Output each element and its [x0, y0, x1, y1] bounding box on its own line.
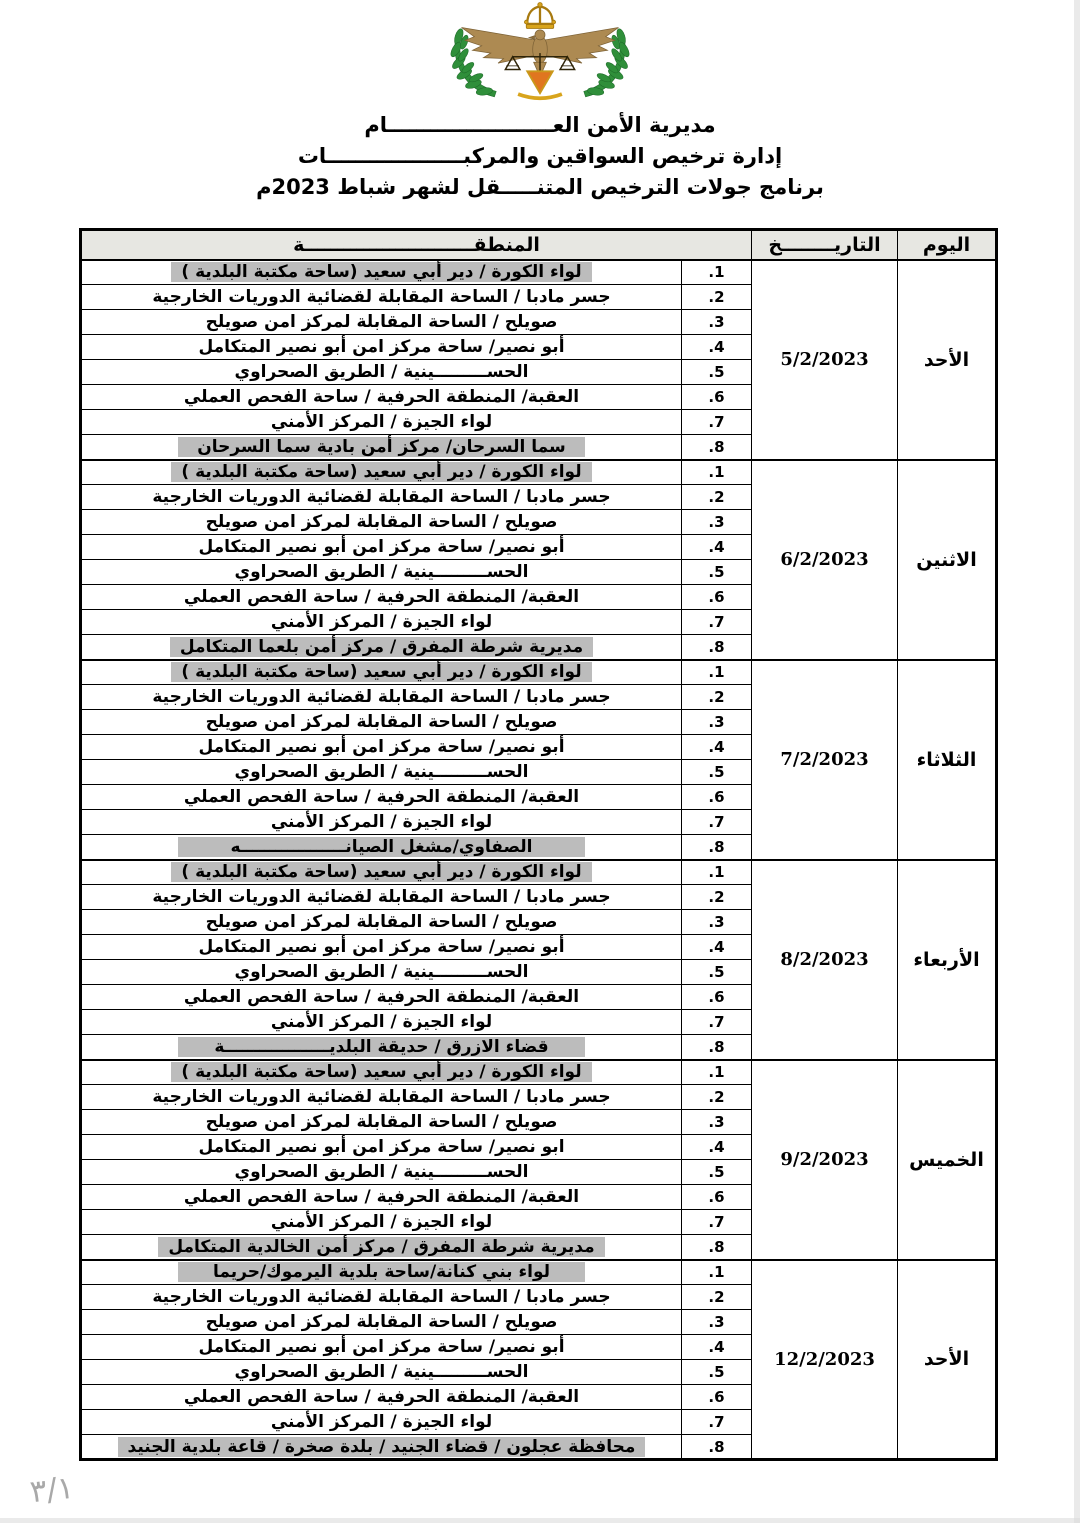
region-cell: الحســـــــــينية / الطريق الصحراوي — [80, 960, 681, 985]
scan-edge-bottom — [0, 1518, 1080, 1523]
region-cell: مديرية شرطة المفرق / مركز أمن الخالدية ا… — [80, 1235, 681, 1260]
highlighted-region-text: لواء بني كنانة/ساحة بلدية اليرموك/حريما — [178, 1262, 585, 1282]
table-row: الاثنين6/2/20231.لواء الكورة / دير أبي س… — [80, 460, 996, 485]
highlighted-region-text: سما السرحان/ مركز أمن بادية سما السرحان — [178, 437, 585, 457]
row-number-cell: 4. — [682, 735, 752, 760]
row-number-cell: 7. — [682, 1010, 752, 1035]
region-cell: العقبة/ المنطقة الحرفية / ساحة الفحص الع… — [80, 985, 681, 1010]
row-number-cell: 5. — [682, 1360, 752, 1385]
region-cell: قضاء الازرق / حديقة البلديــــــــــــــ… — [80, 1035, 681, 1060]
date-cell: 9/2/2023 — [752, 1060, 898, 1260]
highlighted-region-text: لواء الكورة / دير أبي سعيد (ساحة مكتبة ا… — [171, 862, 591, 882]
region-cell: جسر مادبا / الساحة المقابلة لقضائية الدو… — [80, 285, 681, 310]
row-number-cell: 7. — [682, 410, 752, 435]
row-number-cell: 8. — [682, 635, 752, 660]
region-cell: جسر مادبا / الساحة المقابلة لقضائية الدو… — [80, 1285, 681, 1310]
day-cell: الأحد — [898, 1260, 997, 1460]
row-number-cell: 8. — [682, 1035, 752, 1060]
date-cell: 6/2/2023 — [752, 460, 898, 660]
row-number-cell: 8. — [682, 435, 752, 460]
region-cell: جسر مادبا / الساحة المقابلة لقضائية الدو… — [80, 685, 681, 710]
region-cell: لواء الكورة / دير أبي سعيد (ساحة مكتبة ا… — [80, 660, 681, 685]
row-number-cell: 3. — [682, 510, 752, 535]
region-cell: أبو نصير/ ساحة مركز امن أبو نصير المتكام… — [80, 935, 681, 960]
date-cell: 8/2/2023 — [752, 860, 898, 1060]
document-page: مديرية الأمن العـــــــــــــــــــــــا… — [0, 0, 1080, 1523]
region-cell: العقبة/ المنطقة الحرفية / ساحة الفحص الع… — [80, 1185, 681, 1210]
row-number-cell: 1. — [682, 860, 752, 885]
row-number-cell: 3. — [682, 1110, 752, 1135]
region-cell: صويلح / الساحة المقابلة لمركز امن صويلح — [80, 510, 681, 535]
region-cell: صويلح / الساحة المقابلة لمركز امن صويلح — [80, 710, 681, 735]
document-header: مديرية الأمن العـــــــــــــــــــــــا… — [0, 110, 1080, 203]
row-number-cell: 1. — [682, 460, 752, 485]
region-cell: لواء الجيزة / المركز الأمني — [80, 410, 681, 435]
region-cell: لواء الجيزة / المركز الأمني — [80, 810, 681, 835]
schedule-table-body: الأحد5/2/20231.لواء الكورة / دير أبي سعي… — [80, 260, 996, 1460]
title-department: إدارة ترخيص السواقين والمركبــــــــــــ… — [0, 141, 1080, 172]
region-cell: صويلح / الساحة المقابلة لمركز امن صويلح — [80, 310, 681, 335]
region-cell: الصفاوي/مشغل الصيانــــــــــــــــــه — [80, 835, 681, 860]
region-cell: لواء بني كنانة/ساحة بلدية اليرموك/حريما — [80, 1260, 681, 1285]
region-cell: الحســـــــــينية / الطريق الصحراوي — [80, 1360, 681, 1385]
row-number-cell: 3. — [682, 910, 752, 935]
row-number-cell: 1. — [682, 660, 752, 685]
row-number-cell: 7. — [682, 1410, 752, 1435]
row-number-cell: 3. — [682, 710, 752, 735]
region-cell: جسر مادبا / الساحة المقابلة لقضائية الدو… — [80, 1085, 681, 1110]
header-day: اليوم — [898, 230, 997, 260]
row-number-cell: 8. — [682, 835, 752, 860]
region-cell: سما السرحان/ مركز أمن بادية سما السرحان — [80, 435, 681, 460]
row-number-cell: 6. — [682, 585, 752, 610]
row-number-cell: 2. — [682, 685, 752, 710]
row-number-cell: 2. — [682, 285, 752, 310]
region-cell: صويلح / الساحة المقابلة لمركز امن صويلح — [80, 910, 681, 935]
row-number-cell: 1. — [682, 260, 752, 285]
title-program: برنامج جولات الترخيص المتنـــــقل لشهر ش… — [0, 172, 1080, 203]
table-row: الأحد5/2/20231.لواء الكورة / دير أبي سعي… — [80, 260, 996, 285]
day-cell: الثلاثاء — [898, 660, 997, 860]
region-cell: العقبة/ المنطقة الحرفية / ساحة الفحص الع… — [80, 785, 681, 810]
region-cell: لواء الجيزة / المركز الأمني — [80, 1210, 681, 1235]
row-number-cell: 6. — [682, 385, 752, 410]
center-ornament — [527, 71, 553, 93]
row-number-cell: 5. — [682, 960, 752, 985]
region-cell: جسر مادبا / الساحة المقابلة لقضائية الدو… — [80, 885, 681, 910]
region-cell: لواء الكورة / دير أبي سعيد (ساحة مكتبة ا… — [80, 860, 681, 885]
region-cell: لواء الجيزة / المركز الأمني — [80, 1410, 681, 1435]
row-number-cell: 1. — [682, 1060, 752, 1085]
row-number-cell: 4. — [682, 935, 752, 960]
region-cell: لواء الجيزة / المركز الأمني — [80, 610, 681, 635]
region-cell: الحســـــــــينية / الطريق الصحراوي — [80, 360, 681, 385]
psd-emblem-icon — [434, 2, 646, 106]
row-number-cell: 2. — [682, 1085, 752, 1110]
row-number-cell: 6. — [682, 1385, 752, 1410]
row-number-cell: 8. — [682, 1235, 752, 1260]
row-number-cell: 3. — [682, 310, 752, 335]
row-number-cell: 2. — [682, 485, 752, 510]
day-cell: الأحد — [898, 260, 997, 460]
region-cell: العقبة/ المنطقة الحرفية / ساحة الفحص الع… — [80, 385, 681, 410]
region-cell: لواء الكورة / دير أبي سعيد (ساحة مكتبة ا… — [80, 260, 681, 285]
highlighted-region-text: قضاء الازرق / حديقة البلديــــــــــــــ… — [178, 1037, 585, 1057]
crown-icon — [524, 3, 555, 29]
date-cell: 7/2/2023 — [752, 660, 898, 860]
region-cell: الحســـــــــينية / الطريق الصحراوي — [80, 760, 681, 785]
highlighted-region-text: لواء الكورة / دير أبي سعيد (ساحة مكتبة ا… — [171, 662, 591, 682]
row-number-cell: 7. — [682, 810, 752, 835]
region-cell: أبو نصير/ ساحة مركز امن أبو نصير المتكام… — [80, 535, 681, 560]
row-number-cell: 5. — [682, 360, 752, 385]
highlighted-region-text: الصفاوي/مشغل الصيانــــــــــــــــــه — [178, 837, 585, 857]
region-cell: أبو نصير/ ساحة مركز امن أبو نصير المتكام… — [80, 335, 681, 360]
highlighted-region-text: لواء الكورة / دير أبي سعيد (ساحة مكتبة ا… — [171, 262, 591, 282]
highlighted-region-text: محافظة عجلون / قضاء الجنيد / بلدة صخرة /… — [118, 1437, 646, 1457]
row-number-cell: 8. — [682, 1435, 752, 1460]
day-cell: الاثنين — [898, 460, 997, 660]
region-cell: صويلح / الساحة المقابلة لمركز امن صويلح — [80, 1110, 681, 1135]
row-number-cell: 5. — [682, 760, 752, 785]
region-cell: الحســـــــــينية / الطريق الصحراوي — [80, 1160, 681, 1185]
row-number-cell: 5. — [682, 1160, 752, 1185]
row-number-cell: 6. — [682, 1185, 752, 1210]
region-cell: صويلح / الساحة المقابلة لمركز امن صويلح — [80, 1310, 681, 1335]
highlighted-region-text: مديرية شرطة المفرق / مركز أمن الخالدية ا… — [158, 1237, 604, 1257]
region-cell: ابو نصير/ ساحة مركز امن أبو نصير المتكام… — [80, 1135, 681, 1160]
region-cell: أبو نصير/ ساحة مركز امن أبو نصير المتكام… — [80, 1335, 681, 1360]
table-row: الثلاثاء7/2/20231.لواء الكورة / دير أبي … — [80, 660, 996, 685]
region-cell: العقبة/ المنطقة الحرفية / ساحة الفحص الع… — [80, 585, 681, 610]
region-cell: محافظة عجلون / قضاء الجنيد / بلدة صخرة /… — [80, 1435, 681, 1460]
row-number-cell: 5. — [682, 560, 752, 585]
row-number-cell: 7. — [682, 610, 752, 635]
highlighted-region-text: لواء الكورة / دير أبي سعيد (ساحة مكتبة ا… — [171, 1062, 591, 1082]
table-row: الخميس9/2/20231.لواء الكورة / دير أبي سع… — [80, 1060, 996, 1085]
table-row: الأربعاء8/2/20231.لواء الكورة / دير أبي … — [80, 860, 996, 885]
date-cell: 12/2/2023 — [752, 1260, 898, 1460]
row-number-cell: 4. — [682, 1135, 752, 1160]
region-cell: لواء الكورة / دير أبي سعيد (ساحة مكتبة ا… — [80, 460, 681, 485]
day-cell: الخميس — [898, 1060, 997, 1260]
row-number-cell: 4. — [682, 1335, 752, 1360]
scan-edge-right — [1074, 0, 1080, 1523]
region-cell: مديرية شرطة المفرق / مركز أمن بلعما المت… — [80, 635, 681, 660]
row-number-cell: 6. — [682, 785, 752, 810]
header-region: المنطقــــــــــــــــــــــــــة — [80, 230, 751, 260]
schedule-table: اليوم التاريــــــــخ المنطقــــــــــــ… — [79, 228, 998, 1461]
date-cell: 5/2/2023 — [752, 260, 898, 460]
region-cell: أبو نصير/ ساحة مركز امن أبو نصير المتكام… — [80, 735, 681, 760]
row-number-cell: 6. — [682, 985, 752, 1010]
row-number-cell: 7. — [682, 1210, 752, 1235]
row-number-cell: 2. — [682, 885, 752, 910]
highlighted-region-text: مديرية شرطة المفرق / مركز أمن بلعما المت… — [170, 637, 593, 657]
region-cell: لواء الكورة / دير أبي سعيد (ساحة مكتبة ا… — [80, 1060, 681, 1085]
region-cell: جسر مادبا / الساحة المقابلة لقضائية الدو… — [80, 485, 681, 510]
row-number-cell: 4. — [682, 535, 752, 560]
header-date: التاريــــــــخ — [752, 230, 898, 260]
highlighted-region-text: لواء الكورة / دير أبي سعيد (ساحة مكتبة ا… — [171, 462, 591, 482]
region-cell: لواء الجيزة / المركز الأمني — [80, 1010, 681, 1035]
row-number-cell: 4. — [682, 335, 752, 360]
table-row: الأحد12/2/20231.لواء بني كنانة/ساحة بلدي… — [80, 1260, 996, 1285]
title-directorate: مديرية الأمن العـــــــــــــــــــــــا… — [0, 110, 1080, 141]
table-header-row: اليوم التاريــــــــخ المنطقــــــــــــ… — [80, 230, 996, 260]
region-cell: العقبة/ المنطقة الحرفية / ساحة الفحص الع… — [80, 1385, 681, 1410]
day-cell: الأربعاء — [898, 860, 997, 1060]
page-number: ٣/١ — [28, 1470, 75, 1510]
row-number-cell: 3. — [682, 1310, 752, 1335]
row-number-cell: 1. — [682, 1260, 752, 1285]
region-cell: الحســـــــــينية / الطريق الصحراوي — [80, 560, 681, 585]
row-number-cell: 2. — [682, 1285, 752, 1310]
psd-emblem-logo — [434, 2, 646, 110]
